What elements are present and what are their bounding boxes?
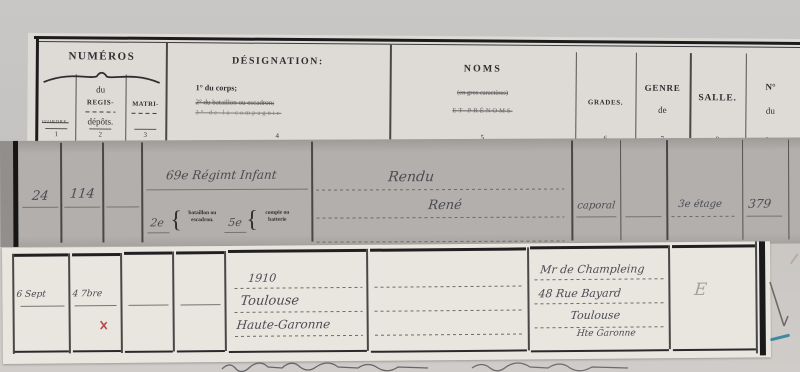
- row2-departement: Haute-Garonne: [236, 317, 331, 332]
- row2-contact-line2: 48 Rue Bayard: [538, 287, 622, 301]
- colnum-2: 2: [89, 130, 111, 138]
- matricule-strike-dashes: [131, 113, 159, 114]
- header-col-genre-line1: GENRE: [637, 83, 689, 93]
- row1-compagnie-value: 5e: [228, 216, 243, 229]
- header-col-noms-title: NOMS: [392, 63, 574, 75]
- cutoff-handwriting-left: [220, 360, 450, 372]
- row1-nom: Rendu: [387, 169, 434, 185]
- header-col-noms-sub1: (en gros caractères): [392, 89, 574, 97]
- compagnie-caption: compie ou batterie: [258, 210, 296, 224]
- row2-date2: 4 7bre: [72, 289, 103, 299]
- faint-slash-mark: [790, 253, 798, 264]
- numeros-brace: [42, 70, 162, 85]
- compagnie-brace: {: [246, 208, 258, 232]
- row1-prenom: René: [428, 198, 463, 213]
- header-col-designation-title: DÉSIGNATION:: [170, 55, 386, 68]
- header-col-noms-sub2: ET PRÉNOMS: [391, 107, 573, 115]
- register-row1-strip: x 24 114 69e Régimt Infant 2e { bataillo…: [0, 137, 800, 247]
- register-header-strip: NUMÉROS D'ORDRE. du REGIS- dépôts. MATRI…: [0, 28, 800, 153]
- row2-lettre-pencil: E: [693, 280, 707, 300]
- row1-numero-registre: 114: [63, 187, 101, 202]
- header-col-salle-label: SALLE.: [691, 93, 745, 103]
- header-col-numero-line2: du: [746, 106, 794, 116]
- header-col-matricule-label: MATRI-: [126, 101, 164, 108]
- red-check-mark: [99, 319, 109, 331]
- row2-ville: Toulouse: [240, 293, 300, 309]
- scanned-register-page: NUMÉROS D'ORDRE. du REGIS- dépôts. MATRI…: [0, 0, 800, 372]
- register-row2-strip: 6 Sept 4 7bre 1910 Toulouse Haute-Garonn…: [2, 241, 771, 364]
- header-col-ordre-label: D'ORDRE.: [36, 120, 74, 125]
- row2-contact-line3: Toulouse: [570, 309, 621, 322]
- header-col-registre-line1: du: [78, 84, 124, 94]
- row2-date1: 6 Sept: [16, 290, 46, 300]
- row1-grade: caporal: [577, 200, 616, 211]
- header-col-registre-line2: REGIS-: [77, 98, 123, 106]
- row1-torn-left-edge: [0, 141, 13, 247]
- colnum-3: 3: [134, 131, 156, 139]
- header-col-designation-item2: 2° du bataillon ou escadron;: [195, 98, 385, 107]
- pencil-check-mark: [764, 276, 794, 334]
- blue-pencil-dash: [770, 334, 790, 342]
- row1-margin-mark: x: [3, 197, 9, 207]
- row2-contact-line1: Mr de Champleing: [540, 262, 646, 276]
- row2-annee: 1910: [248, 272, 277, 285]
- row1-numero-salle: 379: [748, 197, 772, 211]
- header-col-genre-line2: de: [636, 105, 688, 115]
- colnum-4: 4: [265, 132, 289, 140]
- colnum-1: 1: [45, 130, 67, 138]
- header-col-registre-line3: dépôts.: [77, 116, 123, 126]
- row1-numero-ordre: 24: [21, 189, 59, 204]
- row1-bataillon-value: 2e: [150, 216, 165, 229]
- row1-salle: 3e étage: [678, 199, 723, 210]
- row2-contact-line4: Hte Garonne: [576, 328, 636, 339]
- bataillon-caption: bataillon ou escadron.: [180, 210, 224, 224]
- header-group-numeros: NUMÉROS: [40, 50, 164, 63]
- row1-corps: 69e Régimt Infant: [165, 168, 277, 182]
- header-col-designation-item1: 1° du corps;: [196, 83, 386, 93]
- header-col-grades-label: GRADES.: [576, 98, 634, 106]
- header-col-numero-line1: N°: [747, 82, 795, 92]
- row1-left-heavy-border: [13, 141, 18, 247]
- cutoff-handwriting-right: [470, 360, 630, 372]
- header-col-designation-item3: 3° de la compagnie: [195, 109, 385, 117]
